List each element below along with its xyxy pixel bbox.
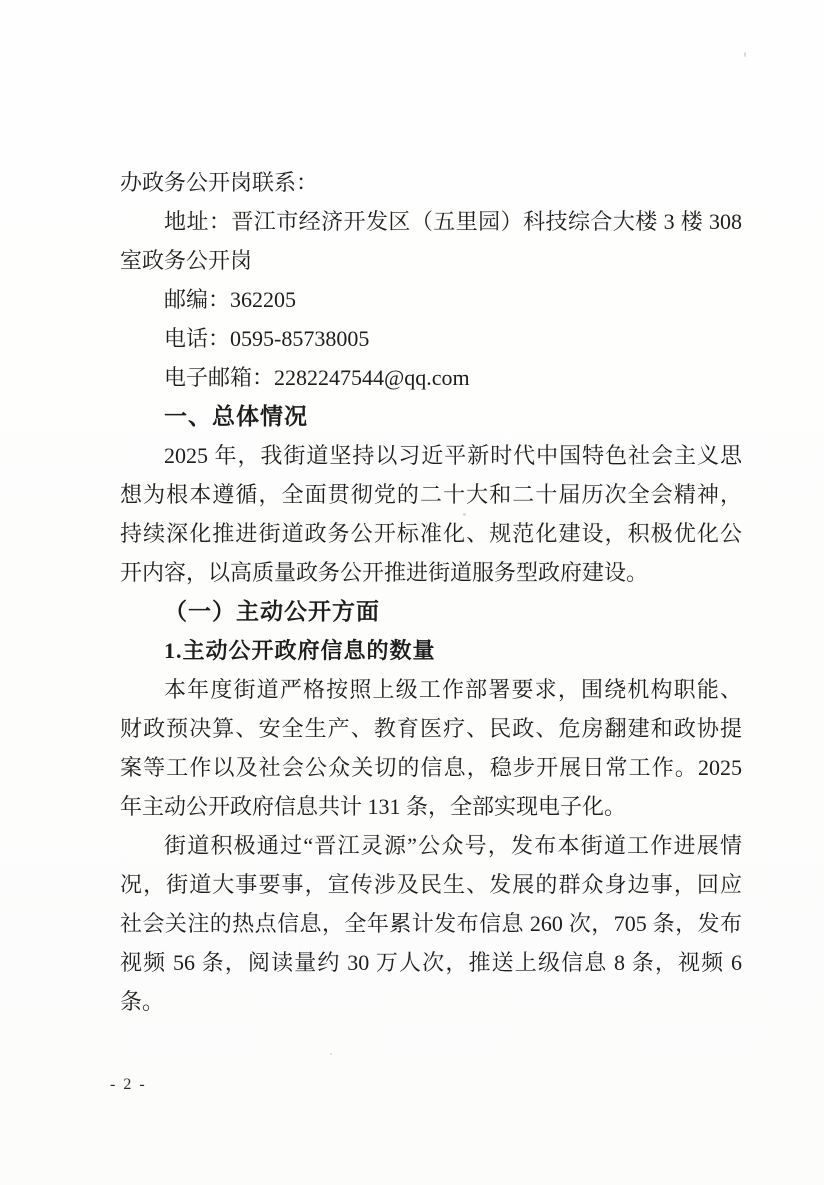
phone-line: 电话：0595-85738005 [120, 319, 742, 358]
scan-speck [330, 1053, 332, 1055]
address-line-2: 室政务公开岗 [120, 241, 742, 280]
wechat-account-paragraph-line-4: 视频 56 条，阅读量约 30 万人次，推送上级信息 8 条，视频 6 [120, 943, 742, 982]
point-1-heading: 1.主动公开政府信息的数量 [120, 631, 742, 670]
address-line-1: 地址：晋江市经济开发区（五里园）科技综合大楼 3 楼 308 [120, 202, 742, 241]
disclosure-count-paragraph-line-3: 案等工作以及社会公众关切的信息，稳步开展日常工作。2025 [120, 748, 742, 787]
scanned-document-page: 办政务公开岗联系： 地址：晋江市经济开发区（五里园）科技综合大楼 3 楼 308… [0, 0, 824, 1185]
overview-paragraph-line-4: 开内容，以高质量政务公开推进街道服务型政府建设。 [120, 553, 742, 592]
wechat-account-paragraph-line-5: 条。 [120, 982, 742, 1021]
overview-paragraph-line-3: 持续深化推进街道政务公开标准化、规范化建设，积极优化公 [120, 514, 742, 553]
wechat-account-paragraph-line-1: 街道积极通过“晋江灵源”公众号，发布本街道工作进展情 [120, 826, 742, 865]
overview-paragraph-line-2: 想为根本遵循，全面贯彻党的二十大和二十届历次全会精神， [120, 475, 742, 514]
section-1-heading: 一、总体情况 [120, 397, 742, 436]
disclosure-count-paragraph-line-2: 财政预决算、安全生产、教育医疗、民政、危房翻建和政协提 [120, 709, 742, 748]
wechat-account-paragraph-line-3: 社会关注的热点信息，全年累计发布信息 260 次，705 条，发布 [120, 904, 742, 943]
disclosure-count-paragraph-line-4: 年主动公开政府信息共计 131 条，全部实现电子化。 [120, 787, 742, 826]
contact-intro-line: 办政务公开岗联系： [120, 163, 742, 202]
page-number: - 2 - [110, 1076, 147, 1094]
email-line: 电子邮箱：2282247544@qq.com [120, 358, 742, 397]
disclosure-count-paragraph-line-1: 本年度街道严格按照上级工作部署要求，围绕机构职能、 [120, 670, 742, 709]
subsection-1-heading: （一）主动公开方面 [120, 592, 742, 631]
postal-code-line: 邮编：362205 [120, 280, 742, 319]
wechat-account-paragraph-line-2: 况，街道大事要事，宣传涉及民生、发展的群众身边事，回应 [120, 865, 742, 904]
scan-speck [463, 513, 466, 516]
overview-paragraph-line-1: 2025 年，我街道坚持以习近平新时代中国特色社会主义思 [120, 436, 742, 475]
document-body: 办政务公开岗联系： 地址：晋江市经济开发区（五里园）科技综合大楼 3 楼 308… [120, 163, 742, 1021]
scan-speck [744, 52, 746, 57]
